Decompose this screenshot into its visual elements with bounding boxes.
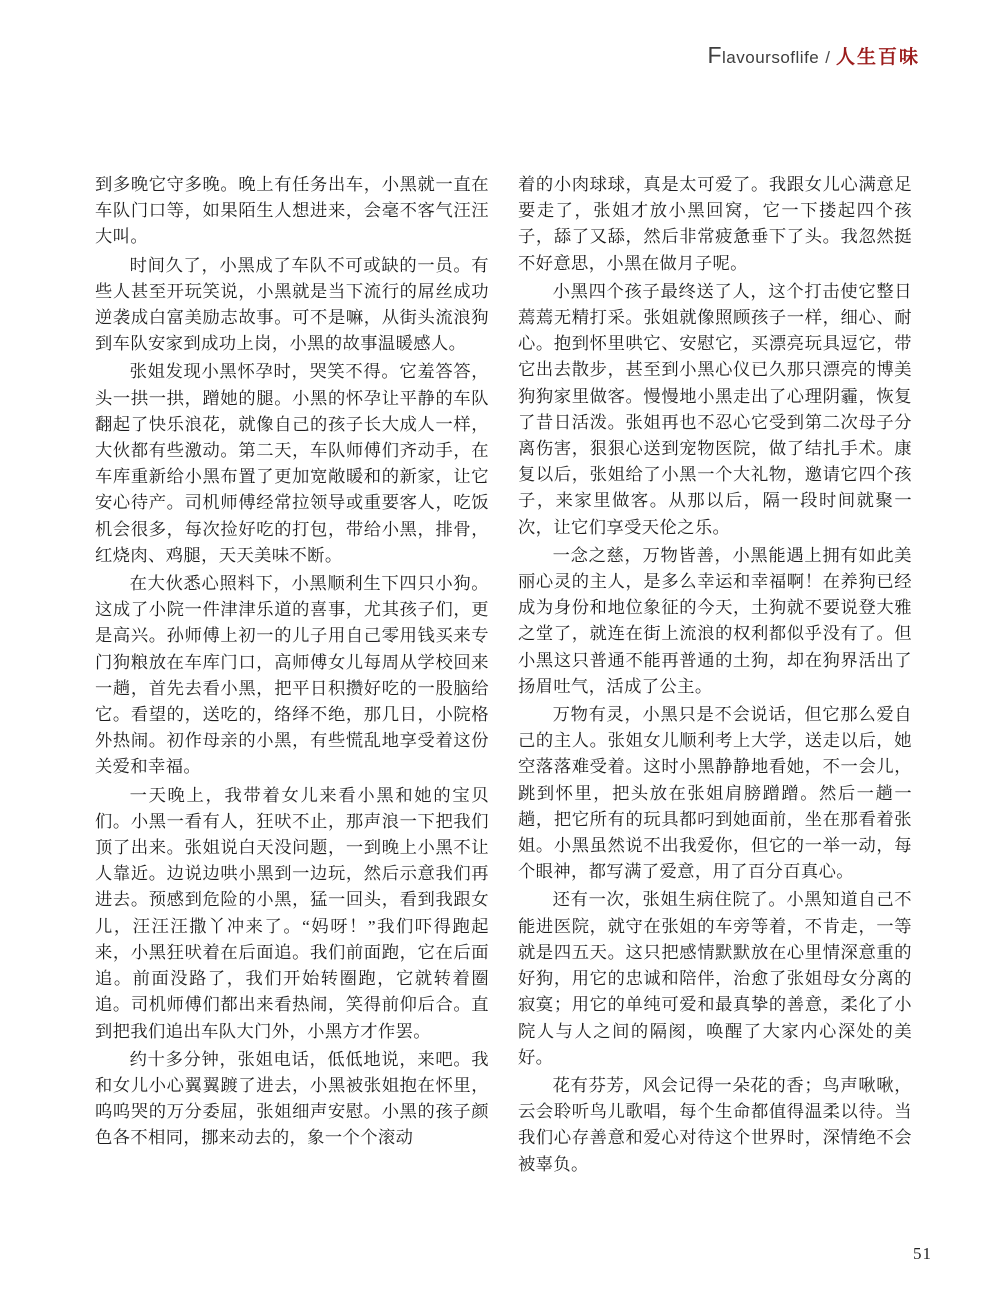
paragraph: 时间久了，小黑成了车队不可或缺的一员。有些人甚至开玩笑说，小黑就是当下流行的屌丝… (95, 253, 489, 358)
paragraph: 小黑四个孩子最终送了人，这个打击使它整日蔫蔫无精打采。张姐就像照顾孩子一样，细心… (518, 279, 912, 541)
magazine-page: Flavoursoflife / 人生百味 到多晚它守多晚。晚上有任务出车，小黑… (0, 0, 1000, 1300)
paragraph: 万物有灵，小黑只是不会说话，但它那么爱自己的主人。张姐女儿顺利考上大学，送走以后… (518, 702, 912, 885)
paragraph: 着的小肉球球，真是太可爱了。我跟女儿心满意足要走了，张姐才放小黑回窝，它一下搂起… (518, 172, 912, 277)
page-number: 51 (913, 1244, 932, 1264)
magazine-title-initial: F (707, 42, 722, 68)
paragraph: 到多晚它守多晚。晚上有任务出车，小黑就一直在车队门口等，如果陌生人想进来，会毫不… (95, 172, 489, 251)
page-header: Flavoursoflife / 人生百味 (707, 42, 920, 69)
paragraph: 约十多分钟，张姐电话，低低地说，来吧。我和女儿小心翼翼踱了进去，小黑被张姐抱在怀… (95, 1047, 489, 1152)
article-body: 到多晚它守多晚。晚上有任务出车，小黑就一直在车队门口等，如果陌生人想进来，会毫不… (95, 172, 912, 1180)
paragraph: 花有芬芳，风会记得一朵花的香；鸟声啾啾，云会聆听鸟儿歌唱，每个生命都值得温柔以待… (518, 1073, 912, 1178)
paragraph: 一天晚上，我带着女儿来看小黑和她的宝贝们。小黑一看有人，狂吠不止，那声浪一下把我… (95, 783, 489, 1045)
header-separator: / (825, 48, 830, 68)
paragraph: 还有一次，张姐生病住院了。小黑知道自己不能进医院，就守在张姐的车旁等着，不肯走，… (518, 887, 912, 1070)
left-column: 到多晚它守多晚。晚上有任务出车，小黑就一直在车队门口等，如果陌生人想进来，会毫不… (95, 172, 489, 1180)
paragraph: 一念之慈，万物皆善，小黑能遇上拥有如此美丽心灵的主人，是多么幸运和幸福啊！在养狗… (518, 543, 912, 700)
magazine-title-en: Flavoursoflife (707, 42, 819, 69)
paragraph: 张姐发现小黑怀孕时，哭笑不得。它羞答答，头一拱一拱，蹭她的腿。小黑的怀孕让平静的… (95, 359, 489, 569)
paragraph: 在大伙悉心照料下，小黑顺利生下四只小狗。这成了小院一件津津乐道的喜事，尤其孩子们… (95, 571, 489, 781)
magazine-title-cn: 人生百味 (836, 42, 920, 69)
right-column: 着的小肉球球，真是太可爱了。我跟女儿心满意足要走了，张姐才放小黑回窝，它一下搂起… (518, 172, 912, 1180)
magazine-title-rest: lavoursoflife (722, 48, 819, 67)
